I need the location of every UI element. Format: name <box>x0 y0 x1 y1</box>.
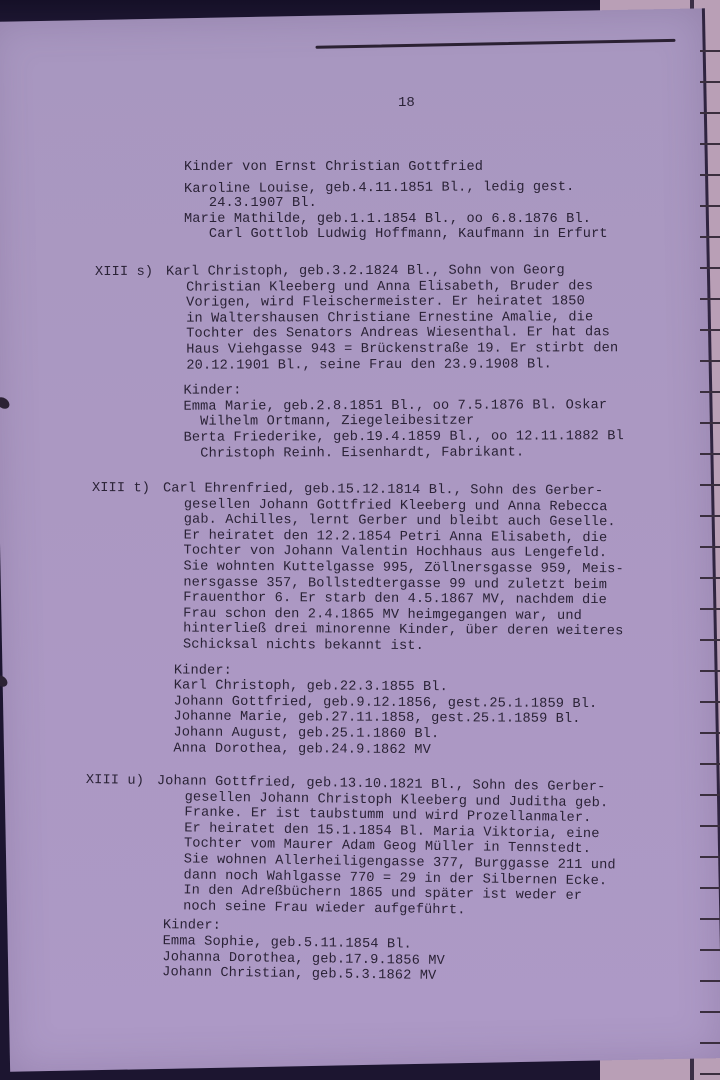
ruler-line <box>700 143 720 145</box>
intro-heading: Kinder von Ernst Christian Gottfried <box>184 160 483 176</box>
ruler-line <box>700 174 720 176</box>
ruler-line <box>700 391 720 393</box>
ruler-line <box>700 515 720 517</box>
ruler-line <box>700 360 720 362</box>
entry-id: XIII t) <box>92 481 150 497</box>
ruler-line <box>700 205 720 207</box>
ruler-line <box>700 701 720 703</box>
children-label: Kinder: <box>163 918 221 934</box>
ruler-line <box>700 267 720 269</box>
ruler-line <box>700 639 720 641</box>
children-label: Kinder: <box>174 663 232 679</box>
ruler-line <box>700 732 720 734</box>
child-line: Berta Friederike, geb.19.4.1859 Bl., oo … <box>184 429 624 446</box>
page-number: 18 <box>398 95 415 111</box>
ruler-line <box>700 453 720 455</box>
entry-id: XIII s) <box>95 265 153 281</box>
ruler-line <box>700 670 720 672</box>
ruler-line <box>700 329 720 331</box>
entry-text-line: in Waltershausen Christiane Ernestine Am… <box>186 310 593 327</box>
child-line: Wilhelm Ortmann, Ziegeleibesitzer <box>184 414 475 431</box>
ruler-line <box>700 949 720 951</box>
entry-text-line: Christian Kleeberg und Anna Elisabeth, B… <box>186 279 593 296</box>
ruler-line <box>700 112 720 114</box>
ruler-line <box>700 298 720 300</box>
ruler-line <box>700 236 720 238</box>
child-line: Karl Christoph, geb.22.3.1855 Bl. <box>174 679 448 696</box>
ruler-line <box>700 422 720 424</box>
ruler-line <box>700 50 720 52</box>
ruler-line <box>700 980 720 982</box>
ruler-line <box>700 856 720 858</box>
ruler-line <box>700 484 720 486</box>
children-label: Kinder: <box>183 384 241 400</box>
child-line: Anna Dorothea, geb.24.9.1862 MV <box>173 741 431 758</box>
ruler-line <box>700 918 720 920</box>
entry-id: XIII u) <box>86 773 144 789</box>
entry-text-line: Schicksal nichts bekannt ist. <box>183 638 424 655</box>
ruler-line <box>700 887 720 889</box>
ruler-line <box>700 1042 720 1044</box>
ruler-line <box>700 1073 720 1075</box>
ruler-line <box>700 546 720 548</box>
entry-text-line: Tochter des Senators Andreas Wiesenthal.… <box>186 326 610 343</box>
header-rule <box>316 39 676 49</box>
intro-child-line: Carl Gottlob Ludwig Hoffmann, Kaufmann i… <box>184 227 608 243</box>
entry-text-line: Vorigen, wird Fleischermeister. Er heira… <box>186 294 585 311</box>
intro-child-line: 24.3.1907 Bl. <box>184 196 317 212</box>
ruler-line <box>700 763 720 765</box>
intro-child-line: Karoline Louise, geb.4.11.1851 Bl., ledi… <box>184 180 575 198</box>
child-line: Johann August, geb.25.1.1860 Bl. <box>173 726 439 743</box>
child-line: Emma Marie, geb.2.8.1851 Bl., oo 7.5.187… <box>183 398 607 415</box>
ruler-line <box>700 825 720 827</box>
entry-text-line: Karl Christoph, geb.3.2.1824 Bl., Sohn v… <box>166 263 565 280</box>
entry-text-line: 20.12.1901 Bl., seine Frau den 23.9.1908… <box>186 357 552 374</box>
intro-child-line: Marie Mathilde, geb.1.1.1854 Bl., oo 6.8… <box>184 212 591 228</box>
child-line: Christoph Reinh. Eisenhardt, Fabrikant. <box>184 445 525 462</box>
ruler-line <box>700 1011 720 1013</box>
entry-text-line: Haus Viehgasse 943 = Brückenstraße 19. E… <box>186 341 618 358</box>
ruler-line <box>700 81 720 83</box>
ruler-line <box>700 577 720 579</box>
ruler-line <box>700 608 720 610</box>
ruler-line <box>700 794 720 796</box>
